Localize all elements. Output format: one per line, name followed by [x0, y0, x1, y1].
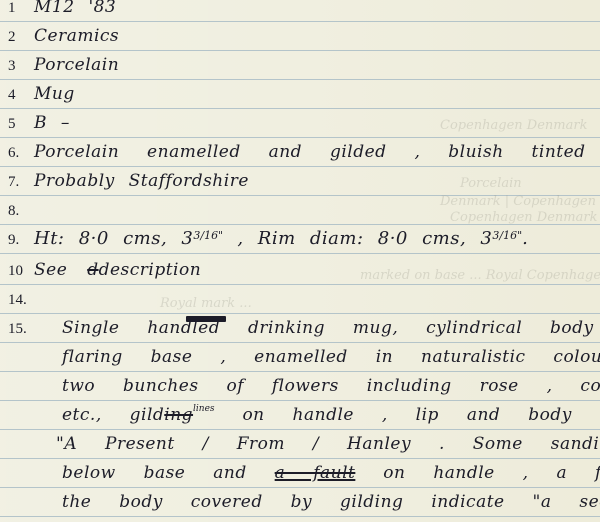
rim-fraction: 3/16"	[492, 229, 522, 242]
entry-number: 14.	[8, 292, 27, 309]
rim-diameter-value: , Rim diam: 8·0 cms, 3	[223, 228, 492, 249]
description-text: the body covered by gilding indicate "a …	[62, 492, 600, 512]
entry-number: 1	[8, 0, 16, 17]
description-word: description	[99, 260, 202, 280]
description-text: "A Present / From / Hanley . Some sandin…	[56, 434, 600, 454]
description-line-2: flaring base , enamelled in naturalistic…	[0, 342, 600, 371]
entry-10: 10 See ddescription	[0, 255, 600, 284]
entry-number: 7.	[8, 174, 19, 191]
period: .	[522, 228, 528, 249]
see-text: See	[34, 260, 67, 280]
entry-number: 3	[8, 58, 16, 75]
entry-6: 6. Porcelain enamelled and gilded , blui…	[0, 137, 600, 166]
entry-2: 2 Ceramics	[0, 21, 600, 50]
entry-3: 3 Porcelain	[0, 50, 600, 79]
description-line-7: the body covered by gilding indicate "a …	[0, 487, 600, 516]
entry-text: M12 '83	[34, 0, 116, 17]
entry-text: Ht: 8·0 cms, 33/16" , Rim diam: 8·0 cms,…	[34, 228, 528, 249]
entry-9-dimensions: 9. Ht: 8·0 cms, 33/16" , Rim diam: 8·0 c…	[0, 224, 600, 253]
description-line-4: etc., gildinglines on handle , lip and b…	[0, 400, 600, 429]
entry-number: 10	[8, 263, 23, 280]
description-fragment: on handle , lip and body with inscriptio…	[215, 405, 600, 425]
description-fragment: etc., gild	[62, 405, 164, 425]
description-text: below base and a fault on handle , a fau…	[62, 463, 600, 483]
entry-text: Single handled drinking mug, cylindrical…	[62, 318, 600, 338]
entry-number: 4	[8, 87, 16, 104]
entry-5: 5 B –	[0, 108, 600, 137]
ruled-line	[0, 253, 600, 254]
description-fragment: on handle , a fault to	[355, 463, 600, 483]
entry-text: Mug	[34, 84, 75, 104]
struck-text: ing	[164, 405, 193, 425]
entry-14: 14.	[0, 284, 600, 313]
height-fraction: 3/16"	[193, 229, 223, 242]
entry-15-description: 15. Single handled drinking mug, cylindr…	[0, 313, 600, 342]
entry-number: 8.	[8, 203, 19, 220]
inserted-word: lines	[193, 404, 215, 414]
description-line-6: below base and a fault on handle , a fau…	[0, 458, 600, 487]
description-continued: drinking mug, cylindrical body , slightl…	[220, 318, 600, 338]
entry-1: 1 M12 '83	[0, 0, 600, 21]
struck-text: a fault	[275, 463, 356, 483]
height-value: Ht: 8·0 cms, 3	[34, 228, 193, 249]
description-line-5: "A Present / From / Hanley . Some sandin…	[0, 429, 600, 458]
entry-text: Porcelain enamelled and gilded , bluish …	[34, 142, 600, 162]
description-text: two bunches of flowers including rose , …	[62, 376, 600, 396]
entry-text: Ceramics	[34, 26, 119, 46]
entry-number: 9.	[8, 232, 19, 249]
entry-4: 4 Mug	[0, 79, 600, 108]
entry-text: Probably Staffordshire	[34, 171, 249, 191]
description-text: etc., gildinglines on handle , lip and b…	[62, 404, 600, 425]
entry-8: 8.	[0, 195, 600, 224]
description-start: Single handled	[62, 318, 220, 338]
entry-text: See ddescription	[34, 260, 201, 280]
ruled-line	[0, 516, 600, 517]
description-text: flaring base , enamelled in naturalistic…	[62, 347, 600, 367]
description-fragment: below base and	[62, 463, 275, 483]
struck-letter: d	[87, 260, 98, 280]
catalogue-card: Copenhagen Denmark Porcelain Denmark | C…	[0, 0, 600, 522]
entry-number: 5	[8, 116, 16, 133]
entry-text: Porcelain	[34, 55, 119, 75]
entry-text: B –	[34, 113, 70, 133]
description-line-3: two bunches of flowers including rose , …	[0, 371, 600, 400]
entry-number: 2	[8, 29, 16, 46]
entry-number: 15.	[8, 321, 27, 338]
entry-7: 7. Probably Staffordshire	[0, 166, 600, 195]
entry-number: 6.	[8, 145, 19, 162]
